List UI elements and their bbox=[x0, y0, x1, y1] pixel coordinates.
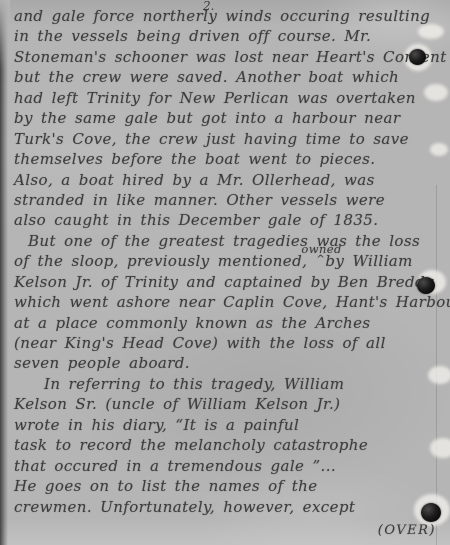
text-line: and gale force northerly winds occuring … bbox=[14, 6, 450, 26]
text-line: wrote in his diary, “It is a painful bbox=[14, 415, 450, 435]
text-line: that occured in a tremendous gale ”... bbox=[14, 456, 450, 476]
text-line: at a place commonly known as the Arches bbox=[14, 313, 450, 333]
handwritten-document-page: 2. and gale force northerly winds occuri… bbox=[0, 0, 450, 545]
text-line: seven people aboard. bbox=[14, 353, 450, 373]
text-line: but the crew were saved. Another boat wh… bbox=[14, 67, 450, 87]
text-line: He goes on to list the names of the bbox=[14, 476, 450, 496]
hole-punch-dot bbox=[417, 277, 435, 294]
text-line: But one of the greatest tragedies was th… bbox=[14, 231, 450, 251]
text-line: Kelson Jr. of Trinity and captained by B… bbox=[14, 272, 450, 292]
text-line: in the vessels being driven off course. … bbox=[14, 26, 450, 46]
text-line: by the same gale but got into a harbour … bbox=[14, 108, 450, 128]
text-line: crewmen. Unfortunately, however, except bbox=[14, 497, 450, 517]
text-line: also caught in this December gale of 183… bbox=[14, 210, 450, 230]
text-line: stranded in like manner. Other vessels w… bbox=[14, 190, 450, 210]
text-line: In referring to this tragedy, William bbox=[14, 374, 450, 394]
text-line: (near King's Head Cove) with the loss of… bbox=[14, 333, 450, 353]
page-left-edge-shadow bbox=[0, 0, 8, 545]
hole-punch-dot bbox=[421, 503, 441, 522]
text-line: Turk's Cove, the crew just having time t… bbox=[14, 129, 450, 149]
over-label: (OVER) bbox=[378, 523, 436, 538]
text-line: themselves before the boat went to piece… bbox=[14, 149, 450, 169]
inserted-word-above-line: owned bbox=[301, 244, 341, 255]
text-line: task to record the melancholy catastroph… bbox=[14, 435, 450, 455]
text-line: Also, a boat hired by a Mr. Ollerhead, w… bbox=[14, 170, 450, 190]
text-line: had left Trinity for New Perlican was ov… bbox=[14, 88, 450, 108]
text-line: which went ashore near Caplin Cove, Hant… bbox=[14, 292, 450, 312]
handwritten-lines: and gale force northerly winds occuring … bbox=[14, 6, 450, 517]
text-line: of the sloop, previously mentioned, ^own… bbox=[14, 251, 450, 271]
page-left-edge-fade bbox=[0, 0, 10, 70]
hole-punch-dot bbox=[409, 49, 426, 65]
text-line: Kelson Sr. (uncle of William Kelson Jr.) bbox=[14, 394, 450, 414]
text-line: Stoneman's schooner was lost near Heart'… bbox=[14, 47, 450, 67]
